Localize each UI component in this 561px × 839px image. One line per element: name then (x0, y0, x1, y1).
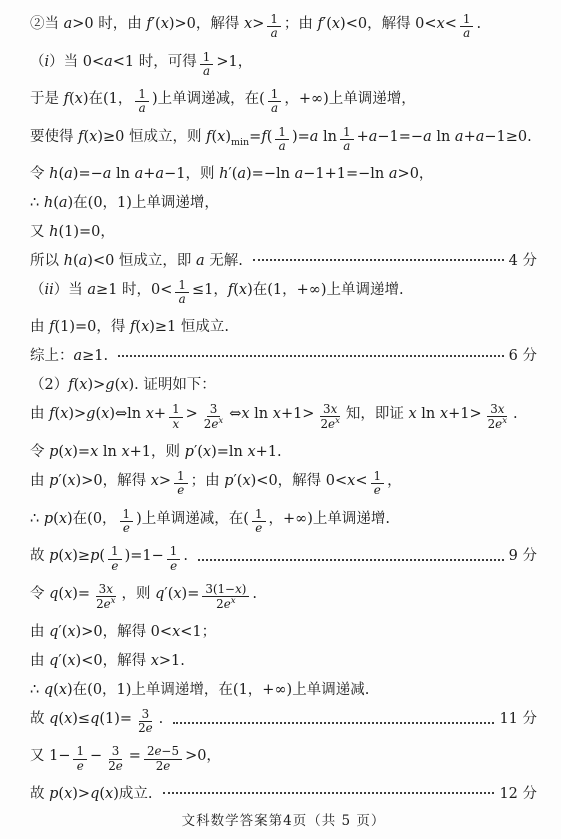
math-variable: x (409, 406, 417, 422)
text-run: (1)= (99, 711, 132, 727)
text-run: 2 (138, 721, 146, 735)
math-variable: x (146, 406, 154, 422)
math-variable: x (244, 16, 252, 32)
text-run: 令 (30, 440, 49, 461)
text-run: 4 分 (509, 249, 537, 270)
fraction-denominator: a (268, 102, 281, 115)
math-line: 故 p(x)≥p(1e)=1−1e.9 分 (30, 544, 537, 574)
math-variable: x (247, 444, 255, 460)
text-run: )> (72, 786, 90, 802)
answer-sheet-page: ②当 a>0 时，由 f′(x)>0，解得 x>1a；由 f′(x)<0，解得 … (0, 0, 561, 839)
text-run: 3 (142, 707, 150, 721)
fraction-denominator: 2ex (93, 597, 118, 611)
text-run: ；由 (191, 469, 225, 490)
math-variable: e (328, 417, 335, 431)
text-run: ′( (164, 586, 173, 602)
math-variable: ii (45, 282, 54, 298)
math-variable: e (77, 759, 84, 773)
math-variable: ln (421, 406, 435, 422)
text-run: +1> (281, 406, 315, 422)
superscript: x (218, 416, 223, 426)
fraction-numerator: 1 (460, 13, 474, 27)
math-variable: a (203, 64, 210, 78)
text-run: )<0 恒成立，即 (87, 249, 196, 270)
text-run: 故 (30, 544, 49, 565)
text-run: ≤1， (192, 278, 228, 299)
fraction-numerator: 1 (120, 508, 134, 522)
text-run: 1 (111, 544, 119, 558)
math-fraction: 1a (268, 88, 282, 116)
fraction-denominator: 2e (105, 760, 126, 773)
fraction-denominator: e (108, 560, 121, 573)
math-line: 由 f(x)>g(x)⇔ln x+1x>32ex⇔x ln x+1>3x2ex知… (30, 402, 537, 433)
math-variable: p (44, 511, 53, 527)
subscript: min (231, 137, 249, 148)
text-run: 1 (203, 50, 211, 64)
text-run: > (186, 406, 198, 422)
math-line: （ii）当 a≥1 时，0<1a≤1，f(x)在(1，+∞)上单调递增. (30, 278, 537, 308)
text-run: . (252, 586, 257, 602)
text-run: )> (68, 406, 86, 422)
math-line: 由 q′(x)<0，解得 x>1. (30, 649, 537, 670)
math-fraction: 32e (135, 708, 156, 736)
math-variable: x (67, 624, 75, 640)
text-run: )≥ (72, 548, 90, 564)
math-variable: e (255, 521, 262, 535)
math-fraction: 32e (105, 745, 126, 773)
text-run: )= (211, 444, 229, 460)
math-fraction: 1e (371, 470, 385, 498)
math-variable: q (49, 711, 58, 727)
text-run: 6 分 (509, 344, 537, 365)
text-run: >1， (216, 50, 252, 71)
text-run: 2 (216, 597, 224, 611)
text-run: )>0，解得 (76, 469, 151, 490)
fraction-numerator: 1 (252, 508, 266, 522)
fraction-denominator: 2ex (213, 597, 238, 611)
math-variable: a (455, 129, 464, 145)
text-run: )<0，解得 0< (340, 12, 437, 33)
text-run: )≥0 恒成立，则 (97, 125, 206, 146)
math-fraction: 1e (108, 545, 122, 573)
math-line: 又 h(1)=0， (30, 220, 537, 241)
math-variable: x (498, 402, 505, 416)
text-run: ；由 (284, 12, 318, 33)
text-run: ⇔ (229, 406, 241, 422)
text-run: 3 (112, 744, 120, 758)
math-variable: x (89, 129, 97, 145)
math-line: ∴ p(x)在(0，1e)上单调递减，在(1e，+∞)上单调递增. (30, 507, 537, 537)
fraction-numerator: 1 (267, 13, 281, 27)
fraction-denominator: e (252, 522, 265, 535)
fraction-numerator: 3x (487, 403, 507, 417)
math-variable: x (64, 786, 72, 802)
math-line: 又 1−1e−32e=2e−52e>0， (30, 744, 537, 774)
text-run: −1≥0. (484, 129, 531, 145)
math-line: 所以 h(a)<0 恒成立，即 a 无解.4 分 (30, 249, 537, 270)
fraction-numerator: 1 (275, 126, 289, 140)
dotted-leader (173, 722, 494, 724)
text-run: <1； (180, 620, 216, 641)
text-run: ′( (228, 166, 237, 182)
text-run: )= (72, 586, 90, 602)
text-run: )在(0，1)上单调递增， (68, 191, 219, 212)
math-line: 故 q(x)≤q(1)=32e.11 分 (30, 707, 537, 737)
fraction-denominator: 2ex (317, 417, 342, 431)
fraction-numerator: 3 (109, 745, 123, 759)
text-run: 又 1− (30, 744, 70, 765)
text-run: 11 分 (499, 707, 537, 728)
text-run: 1 (76, 744, 84, 758)
text-run: −1=− (377, 129, 423, 145)
text-run: ( (99, 548, 105, 564)
text-run: + (154, 406, 166, 422)
math-variable: p (185, 444, 194, 460)
text-run: ≥1. (82, 348, 108, 364)
fraction-numerator: 1 (73, 745, 87, 759)
text-run: +1. (256, 444, 282, 460)
superscript: x (231, 596, 236, 606)
math-variable: x (235, 582, 242, 596)
fraction-denominator: a (340, 140, 353, 153)
text-run: 1 (343, 125, 351, 139)
math-variable: x (64, 444, 72, 460)
math-variable: e (104, 597, 111, 611)
fraction-denominator: e (174, 484, 187, 497)
fraction-denominator: e (371, 484, 384, 497)
fraction-numerator: 3x (96, 583, 116, 597)
text-run: = (129, 748, 141, 764)
text-run: 1 (123, 507, 131, 521)
text-run: −1，则 (164, 162, 219, 183)
fraction-numerator: 3x (320, 403, 340, 417)
math-variable: ln (370, 166, 384, 182)
math-variable: x (332, 16, 340, 32)
dotted-leader (198, 559, 504, 561)
math-fraction: 1e (120, 508, 134, 536)
text-run: 故 (30, 707, 49, 728)
math-variable: a (476, 129, 485, 145)
math-line: 于是 f(x)在(1，1a)上单调递减，在(1a，+∞)上单调递增， (30, 87, 537, 117)
fraction-numerator: 1 (175, 279, 189, 293)
fraction-denominator: a (200, 65, 213, 78)
text-run: ∴ (30, 511, 44, 527)
math-variable: e (146, 721, 153, 735)
text-run: 1 (170, 544, 178, 558)
math-fraction: 1a (460, 13, 474, 41)
text-run: < (445, 16, 457, 32)
math-variable: p (49, 473, 58, 489)
math-fraction: 1x (169, 403, 183, 431)
text-run: >1. (159, 653, 185, 669)
math-variable: h (49, 166, 58, 182)
text-run: )> (87, 377, 105, 393)
math-variable: a (271, 101, 278, 115)
dotted-leader (253, 259, 504, 261)
fraction-denominator: 2e (135, 722, 156, 735)
text-run: )在(1， (83, 87, 133, 108)
dotted-leader (163, 792, 495, 794)
text-run: + (357, 129, 369, 145)
math-variable: x (101, 406, 109, 422)
text-run: ，+∞)上单调递增. (269, 507, 391, 528)
math-variable: e (163, 759, 170, 773)
fraction-numerator: 1 (167, 545, 181, 559)
math-fraction: 1e (174, 470, 188, 498)
text-run: < (355, 473, 367, 489)
text-run: 1 (178, 278, 186, 292)
math-fraction: 3(1−x)2ex (202, 583, 249, 612)
math-variable: x (67, 473, 75, 489)
math-variable: x (241, 406, 249, 422)
text-run: . (183, 548, 188, 564)
fraction-numerator: 1 (135, 88, 149, 102)
text-run: 由 (30, 469, 49, 490)
math-line: ∴ q(x)在(0，1)上单调递增，在(1，+∞)上单调递减. (30, 678, 537, 699)
text-run: )<0，解得 0< (251, 469, 348, 490)
math-variable: e (116, 759, 123, 773)
text-run: 2 (320, 417, 328, 431)
text-run: 9 分 (509, 544, 537, 565)
math-fraction: 32ex (201, 403, 226, 432)
math-variable: x (172, 624, 180, 640)
math-line: 由 f(1)=0，得 f(x)≥1 恒成立. (30, 315, 537, 336)
text-run: + (143, 166, 155, 182)
math-variable: e (177, 483, 184, 497)
math-line: 要使得 f(x)≥0 恒成立，则 f(x)min=f(1a)=a ln1a+a−… (30, 125, 537, 155)
text-run: >0， (398, 162, 434, 183)
text-run: 1 (138, 87, 146, 101)
math-variable: x (67, 653, 75, 669)
math-variable: a (79, 253, 88, 269)
math-variable: a (135, 166, 144, 182)
text-run: ). 证明如下： (128, 373, 215, 394)
fraction-numerator: 3 (207, 403, 221, 417)
text-run: 又 (30, 220, 49, 241)
text-run: )=1− (125, 548, 164, 564)
fraction-denominator: 2e (153, 760, 174, 773)
math-variable: a (64, 166, 73, 182)
math-variable: x (64, 586, 72, 602)
math-variable: p (90, 548, 99, 564)
math-line: （i）当 0<a<1 时，可得1a>1， (30, 50, 537, 80)
math-variable: q (49, 624, 58, 640)
math-fraction: 1e (167, 545, 181, 573)
text-run: 所以 (30, 249, 64, 270)
text-run: . (159, 711, 164, 727)
text-run: （ (30, 50, 45, 71)
fraction-numerator: 3(1−x) (202, 583, 249, 597)
math-variable: a (369, 129, 378, 145)
math-fraction: 1e (73, 745, 87, 773)
math-variable: a (295, 166, 304, 182)
math-variable: p (224, 473, 233, 489)
math-variable: x (437, 16, 445, 32)
fraction-numerator: 3 (139, 708, 153, 722)
math-variable: ln (254, 406, 268, 422)
fraction-denominator: x (169, 418, 182, 431)
text-run: 3 (323, 402, 331, 416)
text-run: ）当 0< (49, 50, 104, 71)
text-run: （ (30, 278, 45, 299)
math-line: 令 p(x)=x ln x+1，则 p′(x)=ln x+1. (30, 440, 537, 461)
text-run: 令 (30, 582, 49, 603)
math-line: 故 p(x)>q(x)成立.12 分 (30, 782, 537, 803)
math-variable: x (60, 406, 68, 422)
text-run: 1 (172, 402, 180, 416)
text-run: 1 (374, 469, 382, 483)
math-variable: a (104, 54, 113, 70)
math-variable: x (141, 319, 149, 335)
text-run: )=− (246, 166, 276, 182)
text-run: ，则 (122, 582, 156, 603)
text-run: 知，即证 (346, 402, 409, 423)
text-run: +1，则 (130, 440, 185, 461)
math-variable: a (87, 282, 96, 298)
math-variable: p (49, 786, 58, 802)
text-run: )成立. (113, 782, 152, 803)
text-run: 3(1− (205, 582, 235, 596)
text-run: 由 (30, 402, 49, 423)
math-variable: a (423, 129, 432, 145)
math-fraction: 1a (267, 13, 281, 41)
math-fraction: 3x2ex (93, 583, 118, 612)
math-variable: a (310, 129, 319, 145)
math-variable: x (239, 282, 247, 298)
text-run: 1 (255, 507, 263, 521)
math-variable: a (64, 16, 73, 32)
text-run: <1 时，可得 (113, 50, 197, 71)
text-run: ∴ (30, 195, 44, 211)
text-run: 故 (30, 782, 49, 803)
text-run: )在(0，1)上单调递增，在(1，+∞)上单调递减. (67, 678, 369, 699)
text-run: )>0，解得 0< (76, 620, 173, 641)
math-line: 综上：a≥1.6 分 (30, 344, 537, 365)
page-footer: 文科数学答案第4页（共 5 页） (30, 803, 537, 833)
math-variable: q (49, 653, 58, 669)
text-run: )= (72, 444, 90, 460)
math-variable: ln (103, 444, 117, 460)
superscript: x (111, 596, 116, 606)
text-run: )上单调递减，在( (136, 507, 249, 528)
math-variable: p (49, 548, 58, 564)
math-variable: a (179, 292, 186, 306)
math-variable: ln (323, 129, 337, 145)
text-run: )在(1，+∞)上单调递增. (247, 278, 404, 299)
math-variable: x (105, 786, 113, 802)
fraction-denominator: a (176, 293, 189, 306)
fraction-numerator: 1 (169, 403, 183, 417)
math-fraction: 1a (340, 126, 354, 154)
text-run: 2 (108, 759, 116, 773)
text-run: ′( (58, 624, 67, 640)
text-run: )≥1 恒成立. (149, 315, 229, 336)
math-variable: a (271, 26, 278, 40)
text-run: 2 (96, 597, 104, 611)
math-variable: x (79, 377, 87, 393)
math-variable: a (103, 166, 112, 182)
math-variable: x (121, 444, 129, 460)
fraction-numerator: 1 (174, 470, 188, 484)
math-variable: a (237, 166, 246, 182)
math-variable: x (120, 377, 128, 393)
fraction-denominator: e (120, 522, 133, 535)
math-variable: g (105, 377, 114, 393)
math-fraction: 3x2ex (485, 403, 510, 432)
fraction-denominator: a (268, 27, 281, 40)
text-run: . (476, 16, 481, 32)
math-variable: x (172, 417, 179, 431)
text-run: >0， (185, 744, 221, 765)
fraction-denominator: e (74, 760, 87, 773)
fraction-denominator: e (167, 560, 180, 573)
text-run: +1> (448, 406, 482, 422)
fraction-denominator: 2ex (485, 417, 510, 431)
superscript: x (502, 416, 507, 426)
text-run: 1 (278, 125, 286, 139)
math-variable: a (59, 195, 68, 211)
lines-container: ②当 a>0 时，由 f′(x)>0，解得 x>1a；由 f′(x)<0，解得 … (30, 12, 537, 803)
math-line: 由 p′(x)>0，解得 x>1e；由 p′(x)<0，解得 0<x<1e， (30, 469, 537, 499)
text-run: 1 (177, 469, 185, 483)
math-variable: a (155, 166, 164, 182)
math-variable: x (90, 444, 98, 460)
math-variable: q (90, 711, 99, 727)
math-variable: x (203, 444, 211, 460)
math-fraction: 1e (252, 508, 266, 536)
text-run: 由 (30, 620, 49, 641)
math-variable: x (106, 582, 113, 596)
math-variable: e (374, 483, 381, 497)
text-run: > (159, 473, 171, 489)
superscript: x (335, 416, 340, 426)
text-run: ）当 (54, 278, 88, 299)
text-run: ′( (194, 444, 203, 460)
math-variable: x (440, 406, 448, 422)
fraction-denominator: 2ex (201, 417, 226, 431)
fraction-numerator: 1 (108, 545, 122, 559)
math-line: 令 q(x)=3x2ex，则 q′(x)=3(1−x)2ex. (30, 582, 537, 613)
math-variable: x (217, 129, 225, 145)
math-variable: ln (276, 166, 290, 182)
fraction-numerator: 1 (200, 51, 214, 65)
math-fraction: 1a (200, 51, 214, 79)
dotted-leader (118, 355, 504, 357)
fraction-denominator: a (136, 102, 149, 115)
text-run: −5 (162, 744, 180, 758)
text-run: ②当 (30, 12, 64, 33)
text-run: ′( (58, 653, 67, 669)
text-run: 于是 (30, 87, 64, 108)
text-run: )≤ (72, 711, 90, 727)
text-run: 3 (210, 402, 218, 416)
math-variable: h (44, 195, 53, 211)
text-run: (1)=0，得 (54, 315, 130, 336)
text-run: . (513, 406, 518, 422)
math-variable: ln (116, 166, 130, 182)
math-fraction: 1a (175, 279, 189, 307)
text-run: 要使得 (30, 125, 78, 146)
text-run: )= (292, 129, 310, 145)
text-run: ) (242, 582, 247, 596)
text-run: ′( (152, 16, 161, 32)
math-variable: ln (436, 129, 450, 145)
math-variable: q (44, 682, 53, 698)
math-variable: q (90, 786, 99, 802)
text-run: −1+1=− (303, 166, 370, 182)
math-variable: h (219, 166, 228, 182)
math-variable: x (347, 473, 355, 489)
